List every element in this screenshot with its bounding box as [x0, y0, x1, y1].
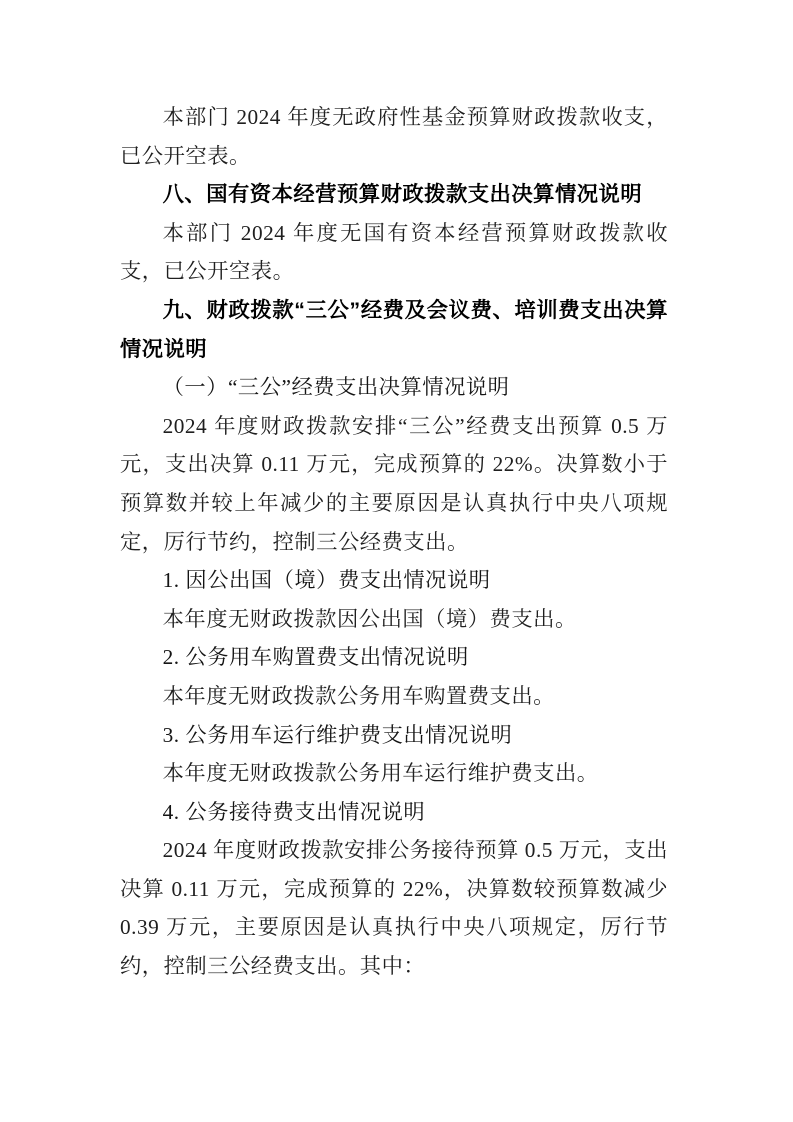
- sub-heading: 1. 因公出国（境）费支出情况说明: [120, 561, 668, 600]
- document-text-block: 本部门 2024 年度无政府性基金预算财政拨款收支，已公开空表。八、国有资本经营…: [120, 98, 668, 986]
- paragraph: 本年度无财政拨款公务用车购置费支出。: [120, 677, 668, 716]
- sub-heading: （一）“三公”经费支出决算情况说明: [120, 368, 668, 407]
- section-heading: 八、国有资本经营预算财政拨款支出决算情况说明: [120, 175, 668, 214]
- paragraph: 2024 年度财政拨款安排公务接待预算 0.5 万元，支出决算 0.11 万元，…: [120, 831, 668, 985]
- section-heading: 九、财政拨款“三公”经费及会议费、培训费支出决算情况说明: [120, 291, 668, 368]
- document-page: 本部门 2024 年度无政府性基金预算财政拨款收支，已公开空表。八、国有资本经营…: [0, 0, 793, 1122]
- sub-heading: 2. 公务用车购置费支出情况说明: [120, 638, 668, 677]
- paragraph: 本部门 2024 年度无政府性基金预算财政拨款收支，已公开空表。: [120, 98, 668, 175]
- paragraph: 本年度无财政拨款公务用车运行维护费支出。: [120, 754, 668, 793]
- sub-heading: 4. 公务接待费支出情况说明: [120, 793, 668, 832]
- paragraph: 本年度无财政拨款因公出国（境）费支出。: [120, 600, 668, 639]
- paragraph: 2024 年度财政拨款安排“三公”经费支出预算 0.5 万元，支出决算 0.11…: [120, 407, 668, 561]
- sub-heading: 3. 公务用车运行维护费支出情况说明: [120, 716, 668, 755]
- paragraph: 本部门 2024 年度无国有资本经营预算财政拨款收支，已公开空表。: [120, 214, 668, 291]
